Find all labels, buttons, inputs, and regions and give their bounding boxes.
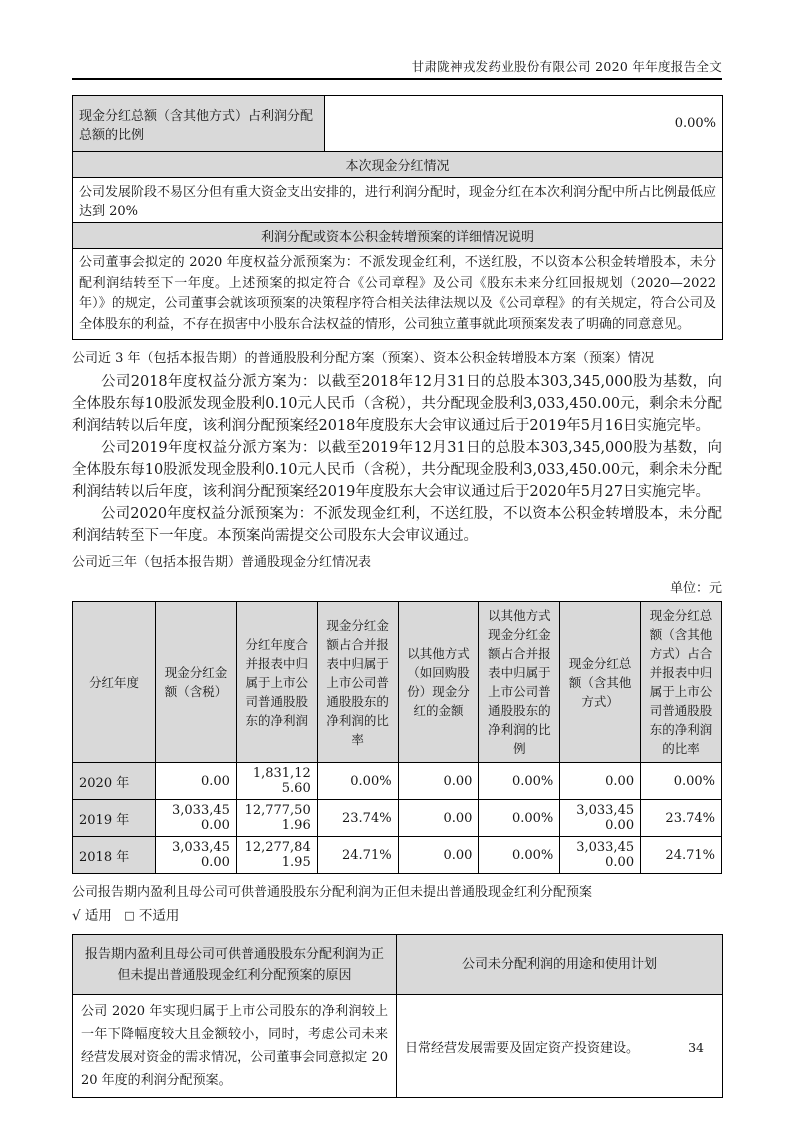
value-cell: 12,277,841.95: [236, 837, 317, 874]
reason-text: 公司 2020 年实现归属于上市公司股东的净利润较上一年下降幅度较大且金额较小，…: [73, 995, 397, 1098]
plan-2018-paragraph: 公司2018年度权益分派方案为：以截至2018年12月31日的总股本303,34…: [72, 371, 722, 437]
value-cell: 0.00%: [479, 763, 560, 800]
col-header-ratio: 现金分红金额占合并报表中归属于上市公司普通股股东的净利润的比率: [317, 602, 398, 763]
table-row: 利润分配或资本公积金转增预案的详细情况说明: [73, 223, 723, 249]
report-page: 甘肃陇神戎发药业股份有限公司 2020 年年度报告全文 现金分红总额（含其他方式…: [0, 0, 793, 1122]
value-cell: 0.00: [398, 763, 479, 800]
checkbox-empty-icon: □: [124, 909, 134, 922]
year-cell: 2018 年: [73, 837, 156, 874]
value-cell: 23.74%: [641, 800, 722, 837]
plan-2019-paragraph: 公司2019年度权益分派方案为：以截至2019年12月31日的总股本303,34…: [72, 437, 722, 503]
development-stage-note: 公司发展阶段不易区分但有重大资金支出安排的，进行利润分配时，现金分红在本次利润分…: [73, 178, 723, 223]
table-row-2018: 2018 年 3,033,450.00 12,277,841.95 24.71%…: [73, 837, 722, 874]
reason-column-header: 报告期内盈利且母公司可供普通股股东分配利润为正但未提出普通股现金红利分配预案的原…: [73, 935, 397, 995]
plan-detail-text: 公司董事会拟定的 2020 年度权益分派预案为：不派发现金红利，不送红股，不以资…: [73, 249, 723, 340]
not-applicable-label: 不适用: [139, 908, 180, 924]
value-cell: 1,831,125.60: [236, 763, 317, 800]
table-row: 现金分红总额（含其他方式）占利润分配总额的比例 0.00%: [73, 96, 723, 152]
value-cell: 0.00%: [317, 763, 398, 800]
report-header-title: 甘肃陇神戎发药业股份有限公司 2020 年年度报告全文: [412, 59, 722, 74]
value-cell: 0.00: [156, 763, 237, 800]
table-row-2020: 2020 年 0.00 1,831,125.60 0.00% 0.00 0.00…: [73, 763, 722, 800]
page-header: 甘肃陇神戎发药业股份有限公司 2020 年年度报告全文: [72, 0, 722, 75]
cash-dividend-table-title: 公司近三年（包括本报告期）普通股现金分红情况表: [72, 552, 722, 573]
value-cell: 0.00%: [641, 763, 722, 800]
value-cell: 0.00: [398, 837, 479, 874]
page-content: 甘肃陇神戎发药业股份有限公司 2020 年年度报告全文 现金分红总额（含其他方式…: [72, 0, 722, 1098]
table-row: 本次现金分红情况: [73, 152, 723, 178]
current-cash-dividend-table: 现金分红总额（含其他方式）占利润分配总额的比例 0.00% 本次现金分红情况 公…: [72, 95, 723, 340]
plan-2020-paragraph: 公司2020年度权益分派预案为：不派发现金红利，不送红股，不以资本公积金转增股本…: [72, 503, 722, 547]
value-cell: 0.00: [560, 763, 641, 800]
year-cell: 2020 年: [73, 763, 156, 800]
value-cell: 0.00%: [479, 837, 560, 874]
applicable-label: 适用: [85, 908, 112, 924]
value-cell: 0.00%: [479, 800, 560, 837]
value-cell: 24.71%: [317, 837, 398, 874]
unit-label: 单位：元: [72, 577, 722, 596]
usage-text: 日常经营发展需要及固定资产投资建设。: [397, 995, 723, 1098]
col-header-dividend-year: 分红年度: [73, 602, 156, 763]
col-header-net-profit: 分红年度合并报表中归属于上市公司普通股股东的净利润: [236, 602, 317, 763]
table-row: 公司发展阶段不易区分但有重大资金支出安排的，进行利润分配时，现金分红在本次利润分…: [73, 178, 723, 223]
section-header-plan-detail: 利润分配或资本公积金转增预案的详细情况说明: [73, 223, 723, 249]
value-cell: 23.74%: [317, 800, 398, 837]
page-number: 34: [688, 1040, 704, 1055]
col-header-other-ratio: 以其他方式现金分红金额占合并报表中归属于上市公司普通股股东的净利润的比例: [479, 602, 560, 763]
header-divider: [72, 78, 722, 80]
table-header-row: 分红年度 现金分红金额（含税） 分红年度合并报表中归属于上市公司普通股股东的净利…: [73, 602, 722, 763]
table-row: 公司 2020 年实现归属于上市公司股东的净利润较上一年下降幅度较大且金额较小，…: [73, 995, 723, 1098]
value-cell: 24.71%: [641, 837, 722, 874]
section-header-current-dividend: 本次现金分红情况: [73, 152, 723, 178]
value-cell: 3,033,450.00: [156, 837, 237, 874]
year-cell: 2019 年: [73, 800, 156, 837]
no-dividend-proposal-title: 公司报告期内盈利且母公司可供普通股股东分配利润为正但未提出普通股现金红利分配预案: [72, 882, 722, 903]
col-header-cash-amount: 现金分红金额（含税）: [156, 602, 237, 763]
applicable-selector: √ 适用 □ 不适用: [72, 905, 722, 928]
three-year-plans-intro: 公司近 3 年（包括本报告期）的普通股股利分配方案（预案）、资本公积金转增股本方…: [72, 348, 722, 369]
dividend-ratio-value: 0.00%: [325, 96, 723, 152]
value-cell: 0.00: [398, 800, 479, 837]
no-dividend-reason-table: 报告期内盈利且母公司可供普通股股东分配利润为正但未提出普通股现金红利分配预案的原…: [72, 934, 723, 1098]
value-cell: 12,777,501.96: [236, 800, 317, 837]
usage-column-header: 公司未分配利润的用途和使用计划: [397, 935, 723, 995]
dividend-ratio-label: 现金分红总额（含其他方式）占利润分配总额的比例: [73, 96, 325, 152]
col-header-other-amount: 以其他方式（如回购股份）现金分红的金额: [398, 602, 479, 763]
table-header-row: 报告期内盈利且母公司可供普通股股东分配利润为正但未提出普通股现金红利分配预案的原…: [73, 935, 723, 995]
col-header-total: 现金分红总额（含其他方式）: [560, 602, 641, 763]
col-header-total-ratio: 现金分红总额（含其他方式）占合并报表中归属于上市公司普通股股东的净利润的比率: [641, 602, 722, 763]
three-year-cash-dividend-table: 分红年度 现金分红金额（含税） 分红年度合并报表中归属于上市公司普通股股东的净利…: [72, 601, 722, 874]
value-cell: 3,033,450.00: [560, 800, 641, 837]
value-cell: 3,033,450.00: [156, 800, 237, 837]
check-mark-icon: √: [72, 908, 81, 924]
table-row: 公司董事会拟定的 2020 年度权益分派预案为：不派发现金红利，不送红股，不以资…: [73, 249, 723, 340]
value-cell: 3,033,450.00: [560, 837, 641, 874]
table-row-2019: 2019 年 3,033,450.00 12,777,501.96 23.74%…: [73, 800, 722, 837]
